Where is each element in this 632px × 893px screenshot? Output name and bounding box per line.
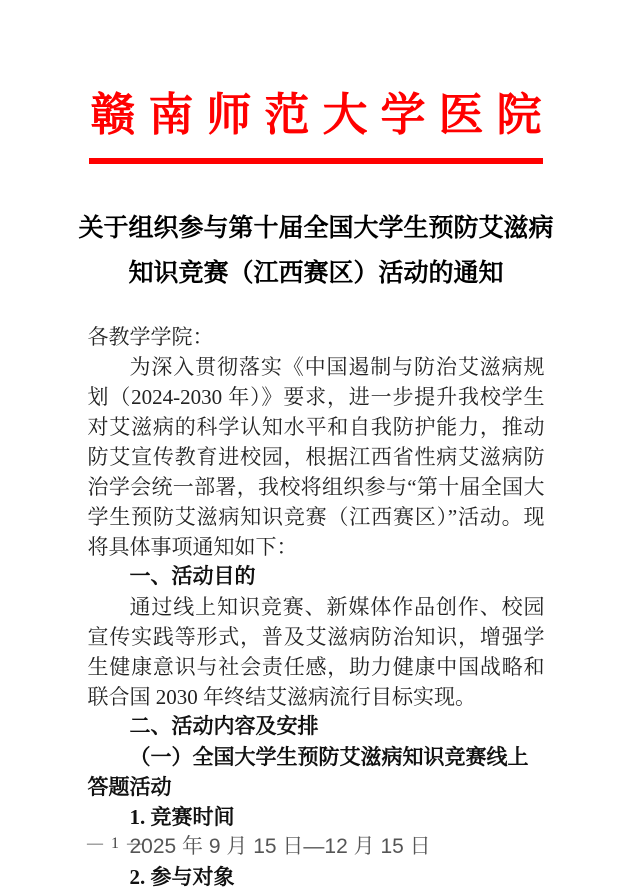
- salutation: 各教学学院：: [88, 322, 545, 352]
- competition-time-value: 2025 年 9 月 15 日—12 月 15 日: [88, 832, 545, 862]
- letterhead: 赣南师范大学医院: [0, 0, 632, 164]
- section-2-heading: 二、活动内容及安排: [88, 712, 545, 742]
- doc-title: 关于组织参与第十届全国大学生预防艾滋病 知识竞赛（江西赛区）活动的通知: [0, 206, 632, 296]
- intro-paragraph: 为深入贯彻落实《中国遏制与防治艾滋病规划（2024-2030 年）》要求，进一步…: [88, 352, 545, 562]
- org-name: 赣南师范大学医院: [0, 86, 632, 145]
- letterhead-rule: [89, 158, 543, 164]
- document-page: 赣南师范大学医院 关于组织参与第十届全国大学生预防艾滋病 知识竞赛（江西赛区）活…: [0, 0, 632, 893]
- section-1-paragraph: 通过线上知识竞赛、新媒体作品创作、校园宣传实践等形式，普及艾滋病防治知识，增强学…: [88, 592, 545, 712]
- section-1-heading: 一、活动目的: [88, 562, 545, 592]
- page-number: — 1 —: [87, 835, 145, 852]
- section-2-subheading: （一）全国大学生预防艾滋病知识竞赛线上答题活动: [88, 742, 545, 802]
- doc-title-line1: 关于组织参与第十届全国大学生预防艾滋病: [0, 206, 632, 251]
- participants-label: 2. 参与对象: [88, 862, 545, 892]
- page-footer: — 1 —: [87, 835, 145, 853]
- doc-body: 各教学学院： 为深入贯彻落实《中国遏制与防治艾滋病规划（2024-2030 年）…: [88, 322, 545, 892]
- competition-time-label: 1. 竞赛时间: [88, 802, 545, 832]
- doc-title-line2: 知识竞赛（江西赛区）活动的通知: [0, 251, 632, 296]
